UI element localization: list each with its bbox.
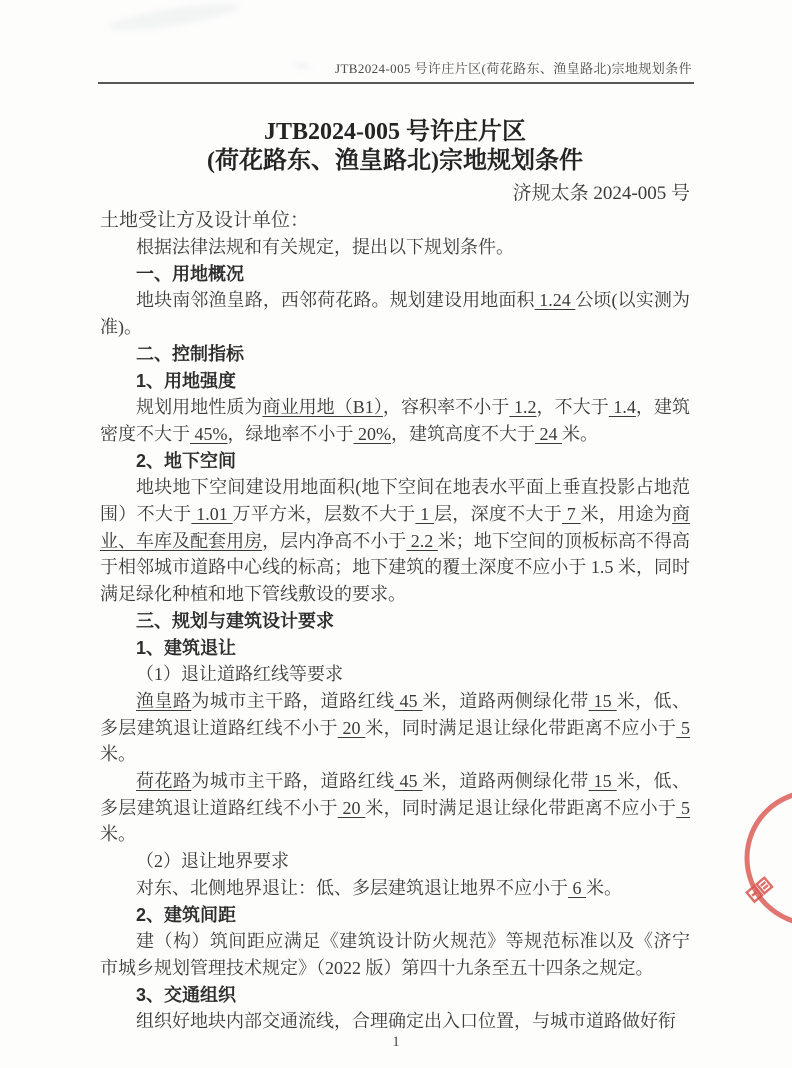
paragraph: 组织好地块内部交通流线，合理确定出入口位置，与城市道路做好衔 — [100, 1008, 690, 1035]
text-run: ，容积率不小于 — [383, 397, 509, 417]
text-run: 1、用地强度 — [136, 371, 236, 391]
paragraph: 建（构）筑间距应满足《建筑设计防火规范》等规范标准以及《济宁市城乡规划管理技术规… — [100, 928, 690, 981]
section-heading: 3、交通组织 — [100, 982, 690, 1009]
underlined-value: 7 — [562, 504, 581, 524]
section-heading: 2、建筑间距 — [100, 902, 690, 929]
text-run: 米，道路两侧绿化带 — [422, 691, 588, 711]
text-run: ，绿地率不小于 — [228, 424, 354, 444]
text-run: 万平方米，层数不大于 — [233, 504, 416, 524]
section-heading: 1、建筑退让 — [100, 635, 690, 662]
text-run: 米。 — [100, 744, 136, 764]
document-content: JTB2024-005 号许庄片区 (荷花路东、渔皇路北)宗地规划条件 济规太条… — [100, 0, 690, 1035]
document-number: 济规太条 2024-005 号 — [100, 180, 690, 207]
text-run: 1、建筑退让 — [136, 638, 236, 658]
document-title: JTB2024-005 号许庄片区 (荷花路东、渔皇路北)宗地规划条件 — [100, 118, 690, 176]
section-heading: 一、用地概况 — [100, 261, 690, 288]
text-run: 一、用地概况 — [136, 264, 244, 284]
underlined-value: 24 — [535, 424, 562, 444]
text-run: 米，道路两侧绿化带 — [422, 771, 588, 791]
underlined-value: 15 — [589, 691, 617, 711]
sub-heading: （1）退让道路红线等要求 — [100, 661, 690, 688]
text-run: 根据法律法规和有关规定，提出以下规划条件。 — [136, 237, 514, 257]
text-run: 2、地下空间 — [136, 451, 236, 471]
text-run: 米。 — [100, 824, 136, 844]
underlined-value: 商业用地（B1） — [262, 397, 382, 417]
underlined-value: 渔皇路 — [136, 691, 191, 711]
text-run: 为城市主干路，道路红线 — [191, 771, 394, 791]
underlined-value: 20 — [338, 798, 366, 818]
salutation-line: 土地受让方及设计单位： — [100, 207, 690, 234]
paragraph: 规划用地性质为商业用地（B1），容积率不小于 1.2，不大于 1.4，建筑密度不… — [100, 394, 690, 447]
underlined-value: 15 — [589, 771, 617, 791]
paragraph: 地块地下空间建设用地面积(地下空间在地表水平面上垂直投影占地范围）不大于 1.0… — [100, 474, 690, 608]
text-run: 2、建筑间距 — [136, 905, 236, 925]
text-run: ，不大于 — [536, 397, 608, 417]
text-run: 米，同时满足退让绿化带距离不应小于 — [365, 798, 676, 818]
paragraph: 地块南邻渔皇路，西邻荷花路。规划建设用地面积 1.24 公顷(以实测为准)。 — [100, 287, 690, 340]
title-line-2: (荷花路东、渔皇路北)宗地规划条件 — [100, 147, 690, 176]
text-run: 米，同时满足退让绿化带距离不应小于 — [365, 718, 676, 738]
section-heading: 1、用地强度 — [100, 368, 690, 395]
underlined-value: 5 — [676, 718, 690, 738]
text-run: 为城市主干路，道路红线 — [191, 691, 394, 711]
text-run: 建（构）筑间距应满足《建筑设计防火规范》等规范标准以及《济宁市城乡规划管理技术规… — [100, 931, 690, 978]
underlined-value: 1.2 — [509, 397, 536, 417]
text-run: 地块南邻渔皇路，西邻荷花路。规划建设用地面积 — [136, 290, 535, 310]
document-body: 根据法律法规和有关规定，提出以下规划条件。一、用地概况地块南邻渔皇路，西邻荷花路… — [100, 234, 690, 1035]
text-run: 规划用地性质为 — [136, 397, 262, 417]
underlined-value: 45 — [395, 691, 423, 711]
underlined-value: 1.4 — [609, 397, 636, 417]
text-run: ，层内净高不小于 — [262, 531, 406, 551]
underlined-value: 6 — [568, 878, 586, 898]
section-heading: 2、地下空间 — [100, 448, 690, 475]
text-run: 米，用途为 — [581, 504, 672, 524]
underlined-value: 1.24 — [535, 290, 576, 310]
text-run: 3、交通组织 — [136, 985, 236, 1005]
section-heading: 三、规划与建筑设计要求 — [100, 608, 690, 635]
underlined-value: 20 — [338, 718, 366, 738]
paragraph: 荷花路为城市主干路，道路红线 45 米，道路两侧绿化带 15 米，低、多层建筑退… — [100, 768, 690, 848]
underlined-value: 1 — [415, 504, 434, 524]
underlined-value: 2.2 — [406, 531, 438, 551]
title-line-1: JTB2024-005 号许庄片区 — [100, 118, 690, 147]
paragraph: 渔皇路为城市主干路，道路红线 45 米，道路两侧绿化带 15 米，低、多层建筑退… — [100, 688, 690, 768]
official-seal-fragment-icon — [740, 772, 792, 944]
text-run: （2）退让地界要求 — [136, 851, 289, 871]
text-run: 米。 — [562, 424, 598, 444]
section-heading: 二、控制指标 — [100, 341, 690, 368]
text-run: 对东、北侧地界退让：低、多层建筑退让地界不应小于 — [136, 878, 568, 898]
paragraph: 根据法律法规和有关规定，提出以下规划条件。 — [100, 234, 690, 261]
text-run: 组织好地块内部交通流线，合理确定出入口位置，与城市道路做好衔 — [136, 1011, 676, 1031]
paragraph: 对东、北侧地界退让：低、多层建筑退让地界不应小于 6 米。 — [100, 875, 690, 902]
text-run: （1）退让道路红线等要求 — [136, 664, 343, 684]
text-run: 三、规划与建筑设计要求 — [136, 611, 334, 631]
underlined-value: 5 — [676, 798, 690, 818]
underlined-value: 荷花路 — [136, 771, 191, 791]
underlined-value: 20% — [354, 424, 392, 444]
underlined-value: 45% — [190, 424, 228, 444]
document-page: JTB2024-005 号许庄片区(荷花路东、渔皇路北)宗地规划条件 JTB20… — [0, 0, 792, 1068]
underlined-value: 45 — [395, 771, 423, 791]
text-run: 层，深度不大于 — [434, 504, 562, 524]
sub-heading: （2）退让地界要求 — [100, 848, 690, 875]
text-run: 二、控制指标 — [136, 344, 244, 364]
page-number: 1 — [0, 1034, 792, 1051]
text-run: 米。 — [586, 878, 622, 898]
underlined-value: 1.01 — [191, 504, 232, 524]
text-run: ，建筑高度不大于 — [391, 424, 535, 444]
